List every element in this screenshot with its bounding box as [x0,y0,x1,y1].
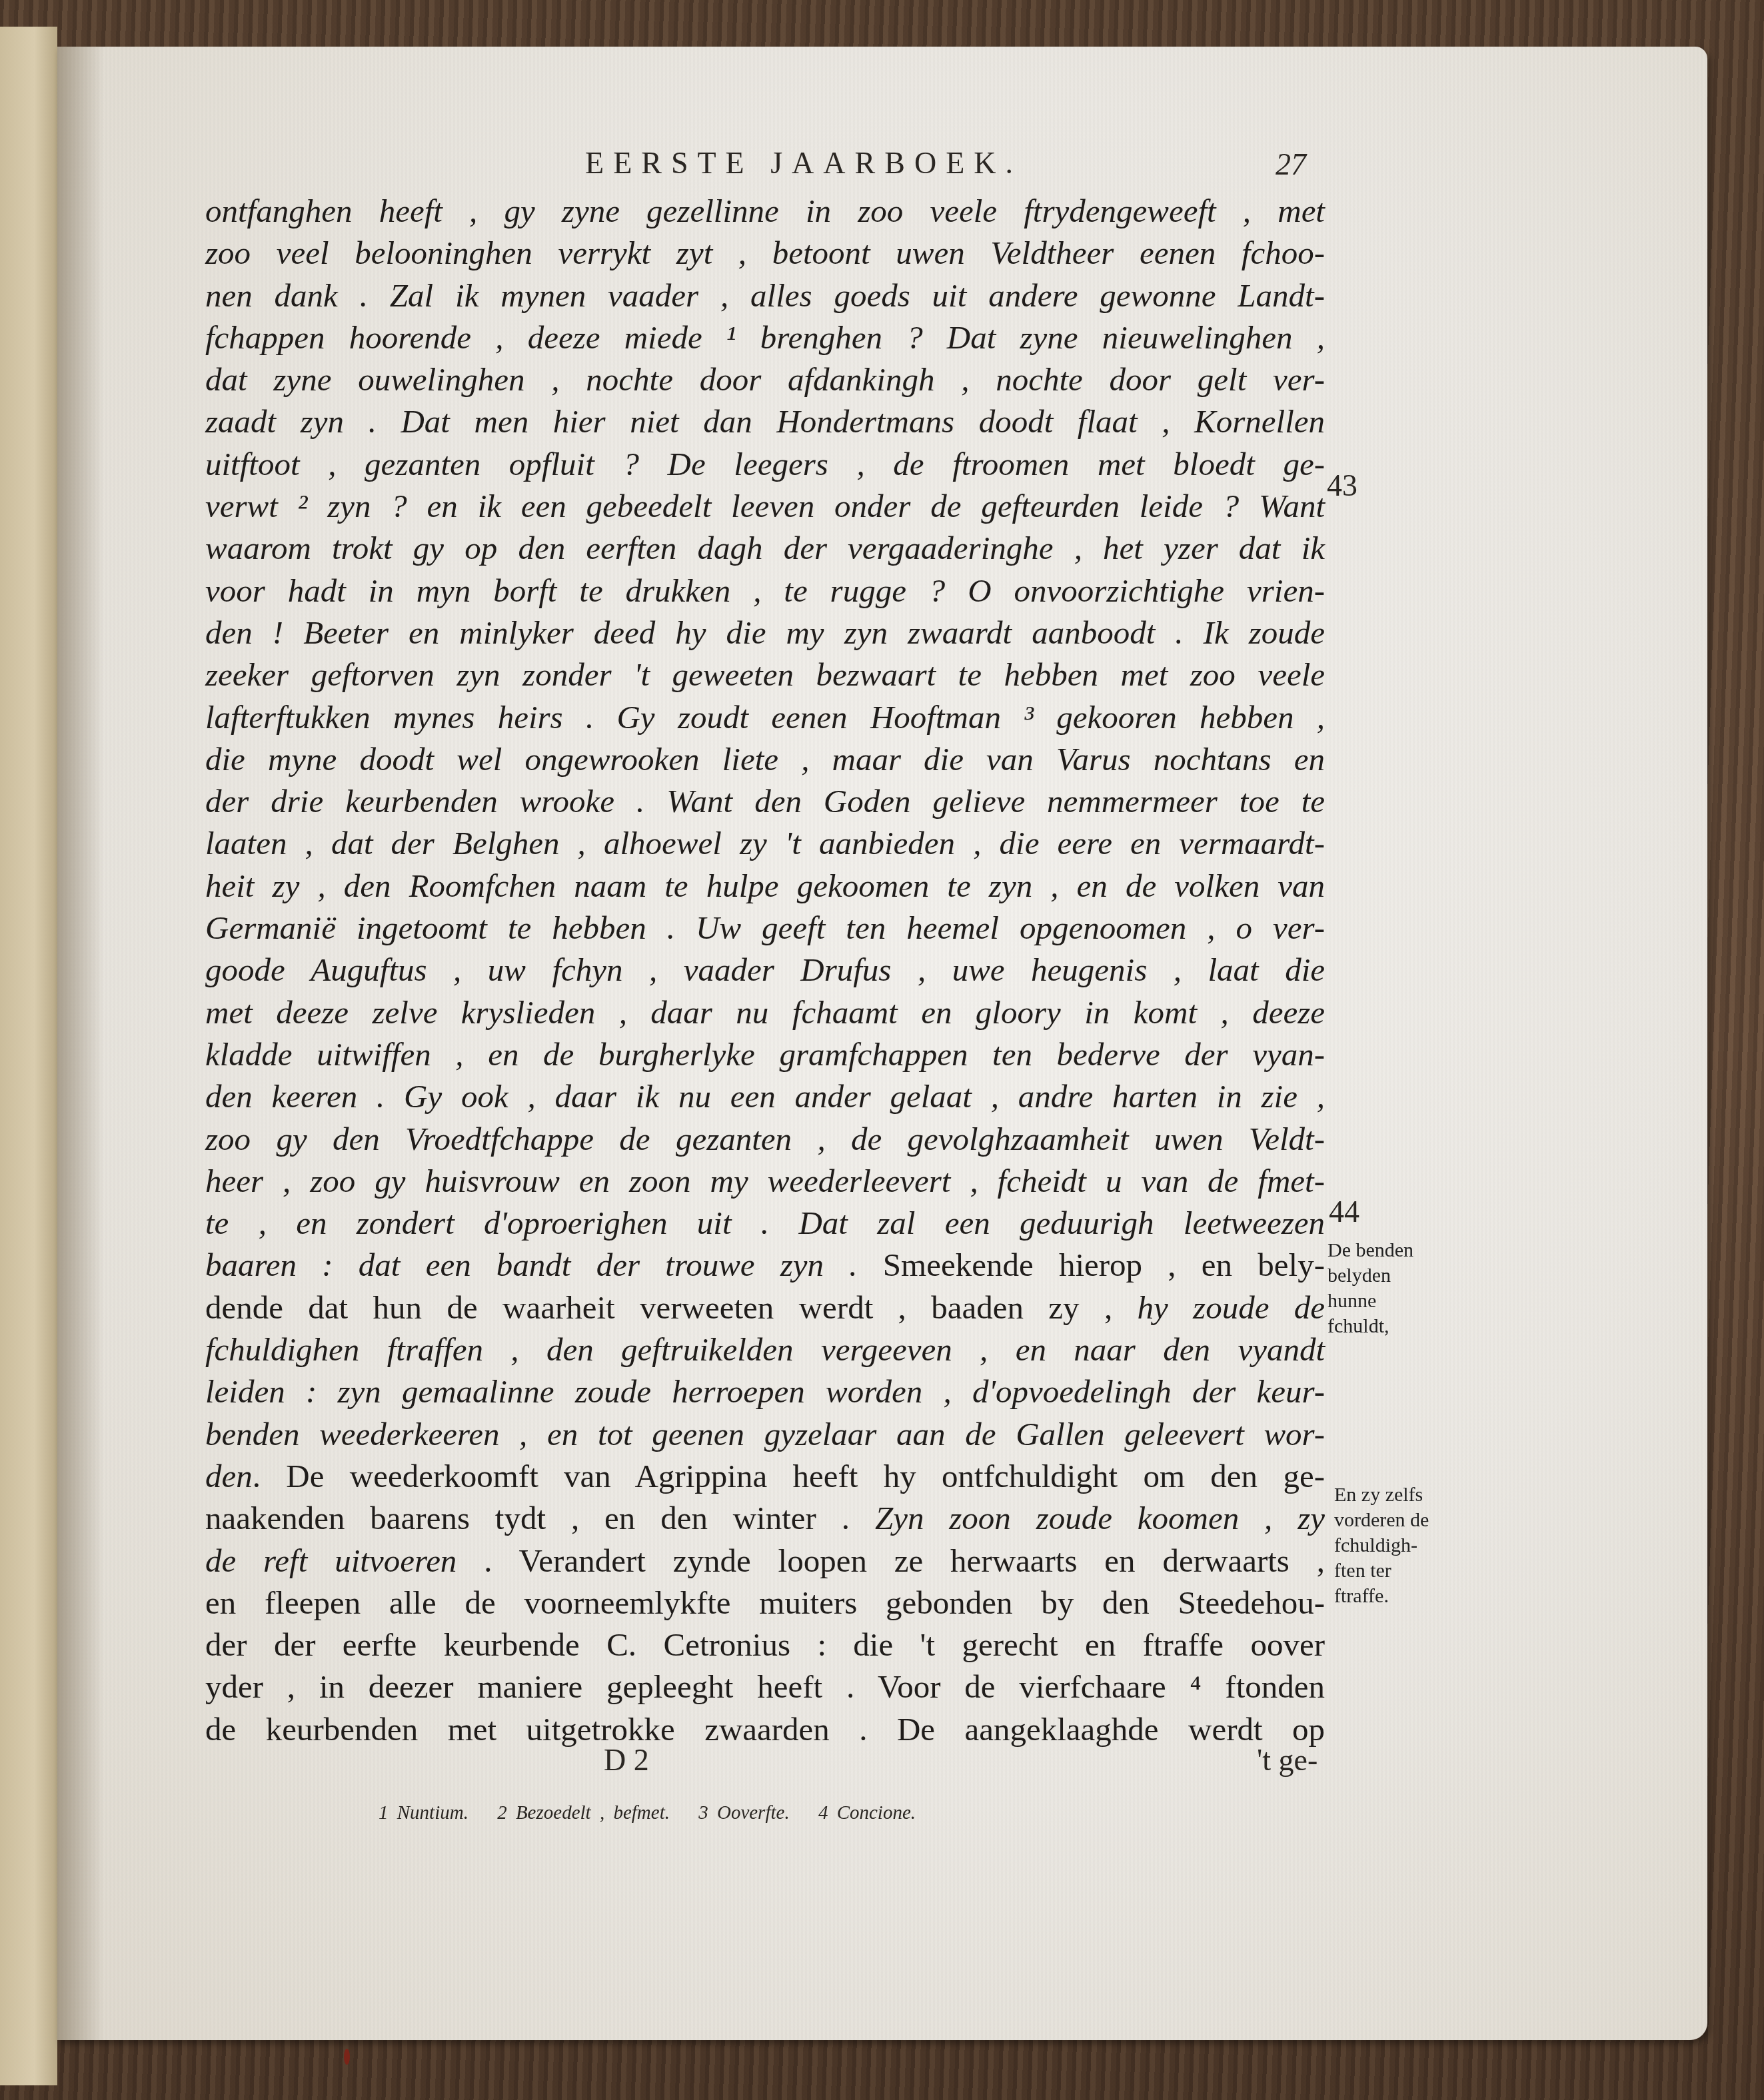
text-segment: zaadt zyn . Dat men hier niet dan Honder… [205,403,1325,440]
text-segment: de reft uitvoeren [205,1542,456,1579]
text-segment: verwt ² zyn ? en ik een gebeedelt leeven… [205,488,1325,524]
footnote: 4 Concione. [818,1802,916,1824]
text-segment: zeeker geftorven zyn zonder 't geweeten … [205,656,1325,693]
text-segment: den [205,1458,253,1494]
text-segment: waarom trokt gy op den eerften dagh der … [205,530,1325,566]
sidenote-line: belyden [1327,1263,1413,1289]
text-line: verwt ² zyn ? en ik een gebeedelt leeven… [205,485,1325,527]
text-segment: yder , in deezer maniere gepleeght heeft… [205,1668,1325,1705]
text-line: heit zy , den Roomfchen naam te hulpe ge… [205,865,1325,907]
spine-shadow [57,47,104,2040]
text-segment: zoo veel belooninghen verrykt zyt , beto… [205,235,1325,271]
text-line: den ! Beeter en minlyker deed hy die my … [205,612,1325,654]
body-text: ontfanghen heeft , gy zyne gezellinne in… [205,190,1325,1750]
sidenote-line: En zy zelfs [1334,1482,1429,1508]
footnote: 2 Bezoedelt , befmet. [497,1802,670,1824]
text-line: nen dank . Zal ik mynen vaader , alles g… [205,274,1325,316]
text-line: baaren : dat een bandt der trouwe zyn . … [205,1244,1325,1286]
text-line: naakenden baarens tydt , en den winter .… [205,1497,1325,1539]
text-line: uitftoot , gezanten opfluit ? De leegers… [205,443,1325,485]
text-line: dende dat hun de waarheit verweeten werd… [205,1287,1325,1328]
footnote: 3 Ooverfte. [698,1802,789,1824]
text-segment: naakenden baarens tydt , en den winter . [205,1500,875,1536]
text-line: yder , in deezer maniere gepleeght heeft… [205,1666,1325,1708]
text-line: zoo gy den Vroedtfchappe de gezanten , d… [205,1118,1325,1160]
text-line: ontfanghen heeft , gy zyne gezellinne in… [205,190,1325,232]
text-line: zoo veel belooninghen verrykt zyt , beto… [205,232,1325,274]
text-segment: Smeekende hierop , en bely- [858,1247,1325,1283]
text-line: kladde uitwiffen , en de burgherlyke gra… [205,1033,1325,1075]
catchword: 't ge- [1257,1742,1318,1778]
text-line: zaadt zyn . Dat men hier niet dan Honder… [205,400,1325,442]
text-line: Germanië ingetoomt te hebben . Uw geeft … [205,907,1325,949]
text-segment: en fleepen alle de voorneemlykfte muiter… [205,1584,1325,1621]
text-segment: leiden : zyn gemaalinne zoude herroepen … [205,1373,1325,1410]
book-cover-edge [0,27,57,2085]
text-segment: der drie keurbenden wrooke . Want den Go… [205,783,1325,819]
text-segment: nen dank . Zal ik mynen vaader , alles g… [205,277,1325,314]
text-line: de reft uitvoeren . Verandert zynde loop… [205,1540,1325,1582]
text-segment: fchappen hoorende , deeze miede ¹ brengh… [205,319,1325,356]
sidenote-line: hunne [1327,1289,1413,1314]
text-line: te , en zondert d'oproerighen uit . Dat … [205,1202,1325,1244]
text-segment: laaten , dat der Belghen , alhoewel zy '… [205,825,1325,861]
text-segment: lafterftukken mynes heirs . Gy zoudt een… [205,699,1325,736]
signature-mark: D 2 [604,1742,649,1778]
foxing-spot [344,2049,350,2065]
text-segment: zoo gy den Vroedtfchappe de gezanten , d… [205,1121,1325,1157]
text-segment: . De weederkoomft van Agrippina heeft hy… [253,1458,1325,1494]
text-line: waarom trokt gy op den eerften dagh der … [205,527,1325,569]
text-line: lafterftukken mynes heirs . Gy zoudt een… [205,696,1325,738]
sidenote-punishment: En zy zelfs vorderen de fchuldigh- ften … [1334,1482,1429,1609]
text-segment: te , en zondert d'oproerighen uit . Dat … [205,1205,1325,1241]
text-segment: der der eerfte keurbende C. Cetronius : … [205,1626,1325,1663]
text-line: die myne doodt wel ongewrooken liete , m… [205,738,1325,780]
text-segment: voor hadt in myn borft te drukken , te r… [205,572,1325,609]
text-line: laaten , dat der Belghen , alhoewel zy '… [205,822,1325,864]
text-line: der der eerfte keurbende C. Cetronius : … [205,1624,1325,1666]
text-line: den. De weederkoomft van Agrippina heeft… [205,1455,1325,1497]
text-segment: heer , zoo gy huisvrouw en zoon my weede… [205,1163,1325,1199]
running-head: EERSTE JAARBOEK. [404,145,1204,181]
text-segment: den ! Beeter en minlyker deed hy die my … [205,614,1325,651]
text-segment: baaren : dat een bandt der trouwe zyn . [205,1247,858,1283]
text-line: met deeze zelve kryslieden , daar nu fch… [205,991,1325,1033]
text-line: heer , zoo gy huisvrouw en zoon my weede… [205,1160,1325,1202]
text-line: leiden : zyn gemaalinne zoude herroepen … [205,1370,1325,1412]
margin-section-number: 43 [1327,468,1357,503]
sidenote-line: fchuldt, [1327,1314,1413,1339]
text-line: dat zyne ouwelinghen , nochte door afdan… [205,358,1325,400]
text-segment: benden weederkeeren , en tot geenen gyze… [205,1416,1325,1452]
sidenote-line: vorderen de [1334,1508,1429,1533]
text-segment: . Verandert zynde loopen ze herwaarts en… [456,1542,1325,1579]
text-segment: Zyn zoon zoude koomen , zy [875,1500,1325,1536]
text-line: goode Auguftus , uw fchyn , vaader Drufu… [205,949,1325,991]
sidenote-line: fchuldigh- [1334,1533,1429,1558]
text-line: der drie keurbenden wrooke . Want den Go… [205,780,1325,822]
book-page: EERSTE JAARBOEK. 27 ontfanghen heeft , g… [57,47,1707,2040]
text-line: zeeker geftorven zyn zonder 't geweeten … [205,654,1325,696]
text-line: fchappen hoorende , deeze miede ¹ brengh… [205,316,1325,358]
text-line: de keurbenden met uitgetrokke zwaarden .… [205,1708,1325,1750]
footnotes: 1 Nuntium. 2 Bezoedelt , befmet. 3 Oover… [379,1802,936,1824]
sidenote-line: ften ter [1334,1558,1429,1584]
margin-section-number: 44 [1329,1194,1359,1229]
text-segment: dende dat hun de waarheit verweeten werd… [205,1289,1137,1326]
text-segment: ontfanghen heeft , gy zyne gezellinne in… [205,193,1325,229]
text-segment: uitftoot , gezanten opfluit ? De leegers… [205,446,1325,482]
text-segment: fchuldighen ftraffen , den geftruikelden… [205,1331,1325,1368]
sidenote-confession: De benden belyden hunne fchuldt, [1327,1238,1413,1339]
text-segment: den keeren . Gy ook , daar ik nu een and… [205,1078,1325,1115]
text-line: benden weederkeeren , en tot geenen gyze… [205,1413,1325,1455]
footnote: 1 Nuntium. [379,1802,468,1824]
text-segment: Germanië ingetoomt te hebben . Uw geeft … [205,909,1325,946]
text-line: en fleepen alle de voorneemlykfte muiter… [205,1582,1325,1624]
text-segment: hy zoude de [1137,1289,1325,1326]
text-segment: goode Auguftus , uw fchyn , vaader Drufu… [205,951,1325,988]
text-segment: kladde uitwiffen , en de burgherlyke gra… [205,1036,1325,1073]
text-segment: dat zyne ouwelinghen , nochte door afdan… [205,361,1325,398]
sidenote-line: ftraffe. [1334,1584,1429,1609]
text-line: voor hadt in myn borft te drukken , te r… [205,570,1325,612]
text-segment: de keurbenden met uitgetrokke zwaarden .… [205,1711,1325,1748]
sidenote-line: De benden [1327,1238,1413,1263]
text-segment: heit zy , den Roomfchen naam te hulpe ge… [205,867,1325,904]
text-segment: met deeze zelve kryslieden , daar nu fch… [205,994,1325,1031]
page-number: 27 [1276,147,1306,182]
text-line: fchuldighen ftraffen , den geftruikelden… [205,1328,1325,1370]
text-line: den keeren . Gy ook , daar ik nu een and… [205,1075,1325,1117]
text-segment: die myne doodt wel ongewrooken liete , m… [205,741,1325,778]
